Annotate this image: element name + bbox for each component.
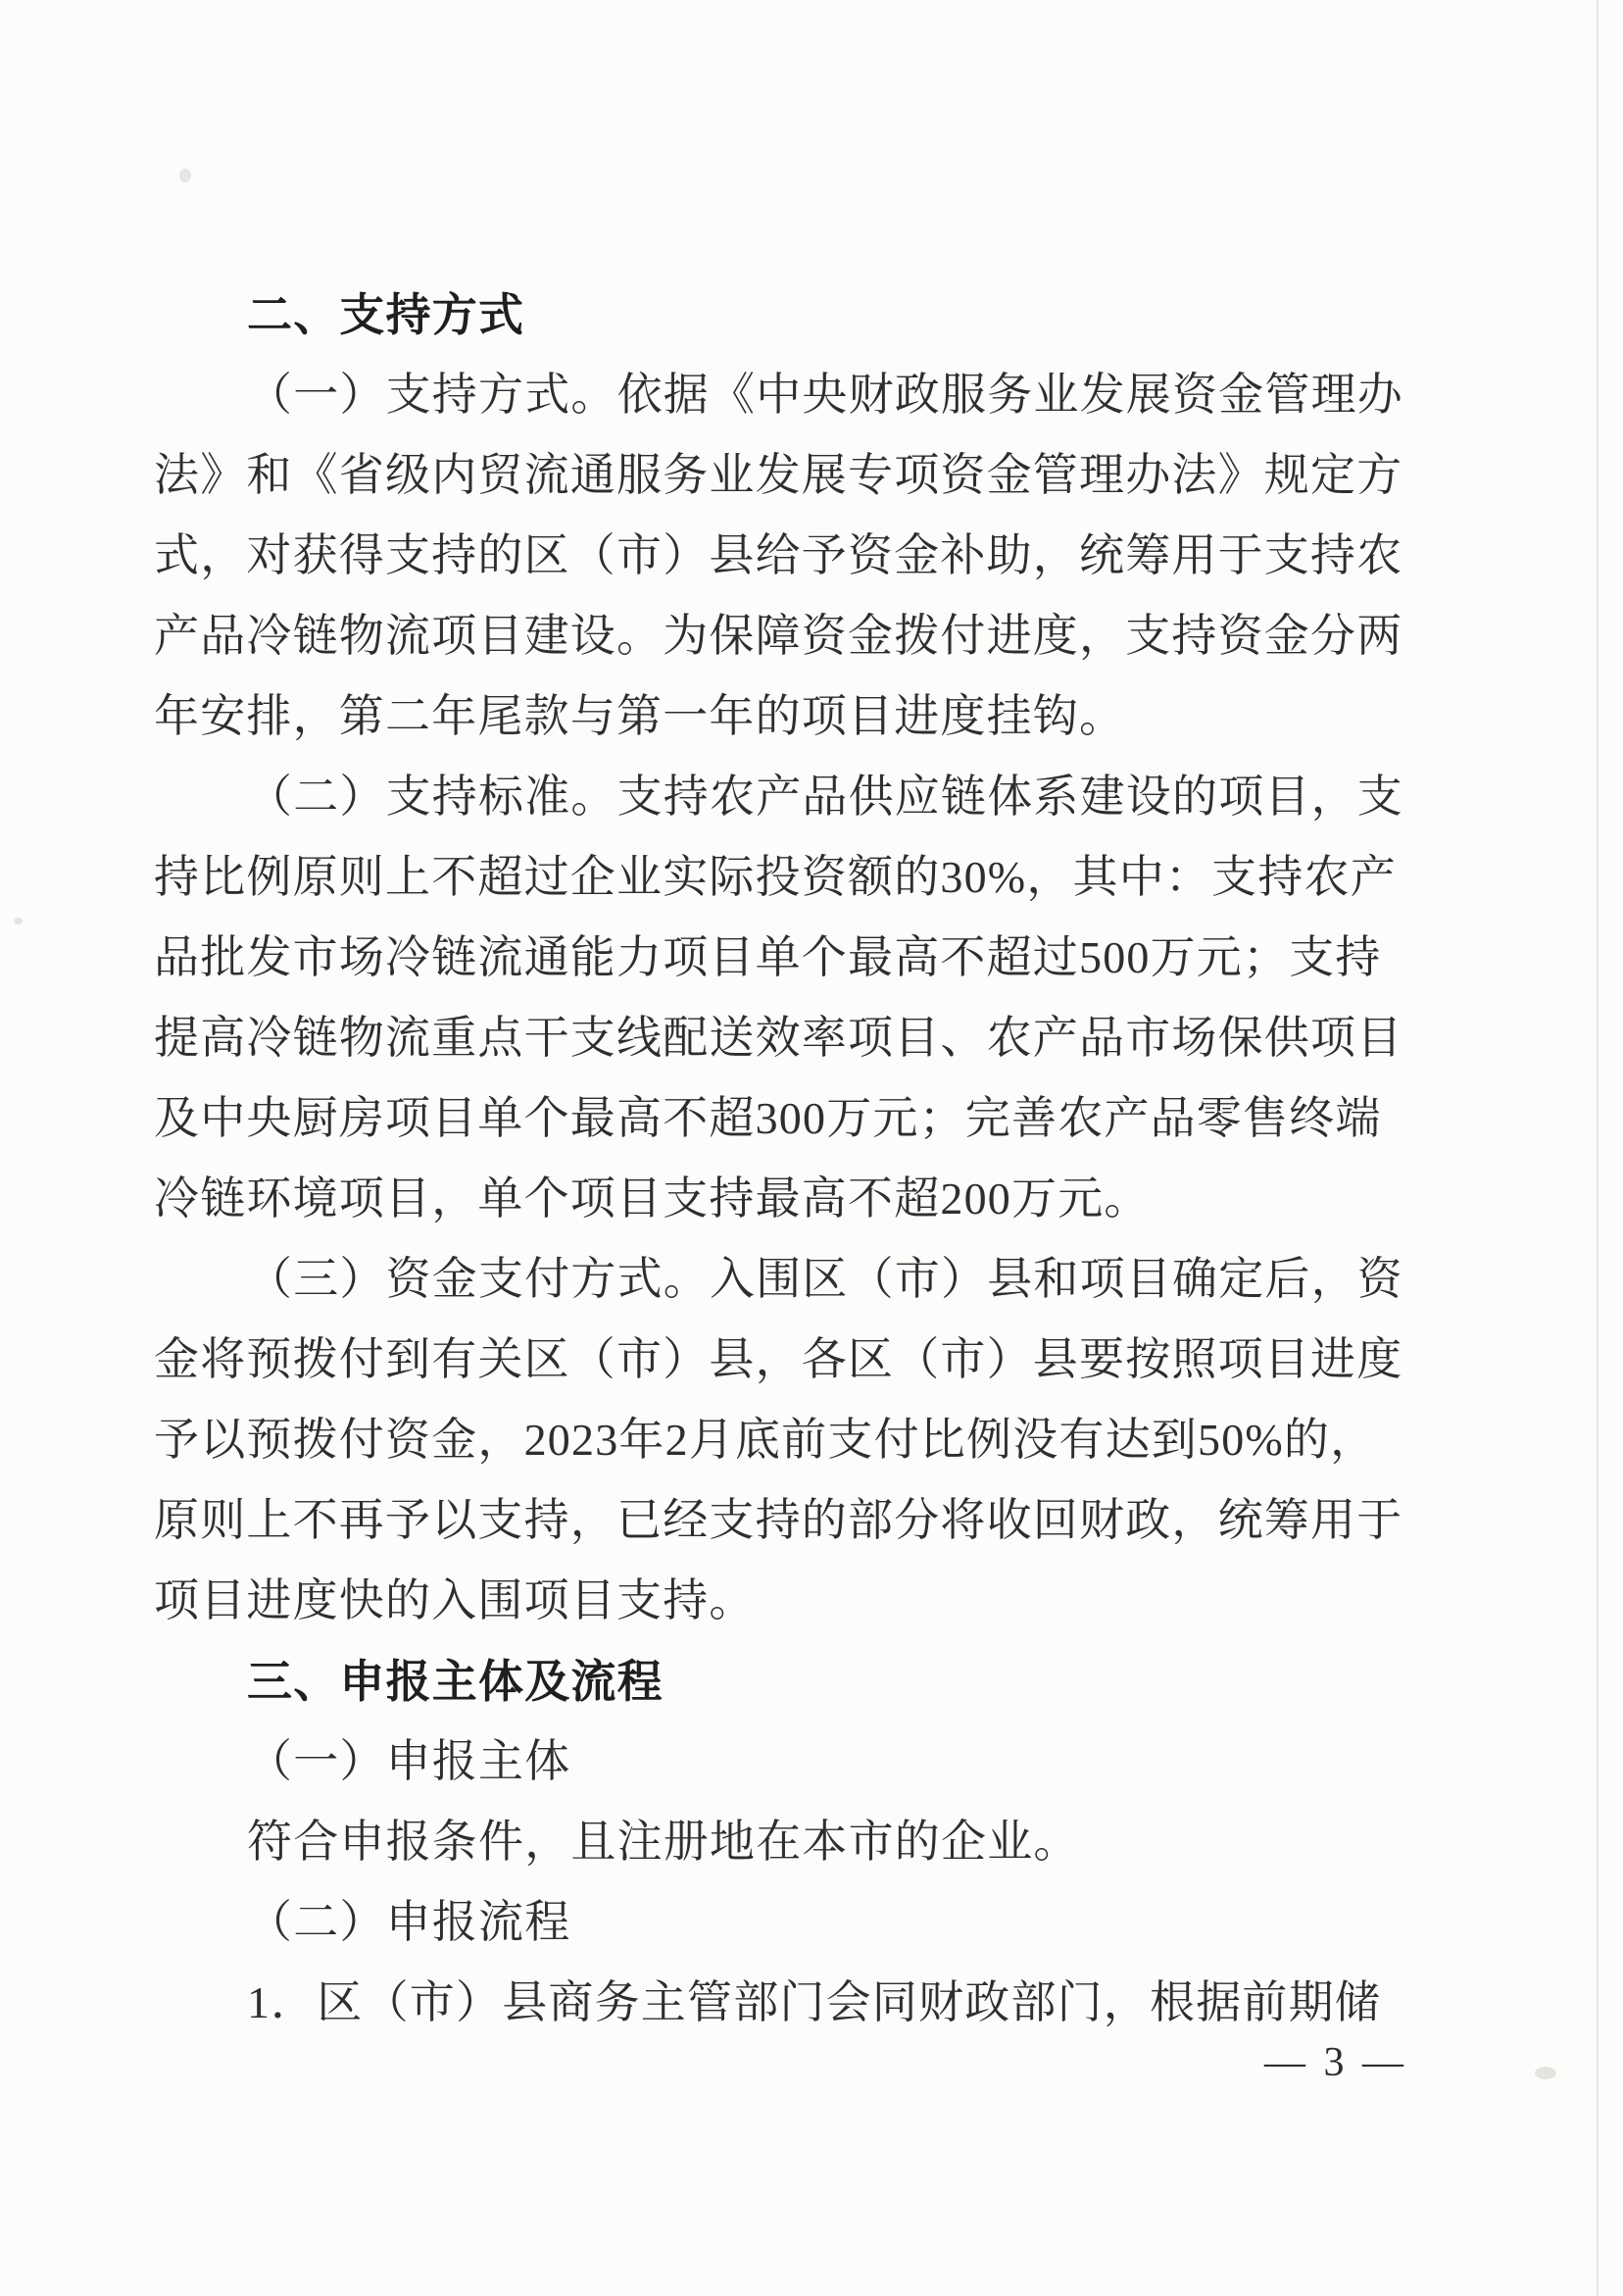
page-number: — 3 — xyxy=(1264,2035,1407,2090)
text-line: 原则上不再予以支持，已经支持的部分将收回财政，统筹用于 xyxy=(154,1480,1428,1561)
text-line: 法》和《省级内贸流通服务业发展专项资金管理办法》规定方 xyxy=(154,435,1428,516)
text-line: （一）支持方式。依据《中央财政服务业发展资金管理办 xyxy=(154,355,1428,435)
text-line: 予以预拨付资金，2023年2月底前支付比例没有达到50%的， xyxy=(154,1400,1428,1480)
text-line: 金将预拨付到有关区（市）县，各区（市）县要按照项目进度 xyxy=(154,1320,1428,1400)
scan-speck xyxy=(1535,2067,1556,2079)
section-heading-2: 二、支持方式 xyxy=(154,275,1428,355)
text-line: 项目进度快的入围项目支持。 xyxy=(154,1561,1428,1641)
scan-edge-artifact xyxy=(1597,0,1598,2296)
text-line: 产品冷链物流项目建设。为保障资金拨付进度，支持资金分两 xyxy=(154,596,1428,676)
document-page: 二、支持方式 （一）支持方式。依据《中央财政服务业发展资金管理办 法》和《省级内… xyxy=(0,0,1623,2296)
text-line: 及中央厨房项目单个最高不超300万元；完善农产品零售终端 xyxy=(154,1078,1428,1159)
text-line: （二）支持标准。支持农产品供应链体系建设的项目，支 xyxy=(154,757,1428,837)
scan-speck xyxy=(14,918,23,924)
text-line: 持比例原则上不超过企业实际投资额的30%，其中：支持农产 xyxy=(154,837,1428,918)
text-line: 冷链环境项目，单个项目支持最高不超200万元。 xyxy=(154,1159,1428,1239)
text-line: 1．区（市）县商务主管部门会同财政部门，根据前期储 xyxy=(154,1963,1428,2043)
document-body: 二、支持方式 （一）支持方式。依据《中央财政服务业发展资金管理办 法》和《省级内… xyxy=(154,275,1428,2043)
text-line: （一）申报主体 xyxy=(154,1722,1428,1802)
text-line: 符合申报条件，且注册地在本市的企业。 xyxy=(154,1802,1428,1882)
text-line: 品批发市场冷链流通能力项目单个最高不超过500万元；支持 xyxy=(154,918,1428,998)
text-line: 式，对获得支持的区（市）县给予资金补助，统筹用于支持农 xyxy=(154,516,1428,596)
text-line: （二）申报流程 xyxy=(154,1882,1428,1963)
scan-speck xyxy=(179,169,191,182)
text-line: 提高冷链物流重点干支线配送效率项目、农产品市场保供项目 xyxy=(154,998,1428,1078)
section-heading-3: 三、申报主体及流程 xyxy=(154,1641,1428,1722)
text-line: 年安排，第二年尾款与第一年的项目进度挂钩。 xyxy=(154,676,1428,757)
text-line: （三）资金支付方式。入围区（市）县和项目确定后，资 xyxy=(154,1239,1428,1320)
